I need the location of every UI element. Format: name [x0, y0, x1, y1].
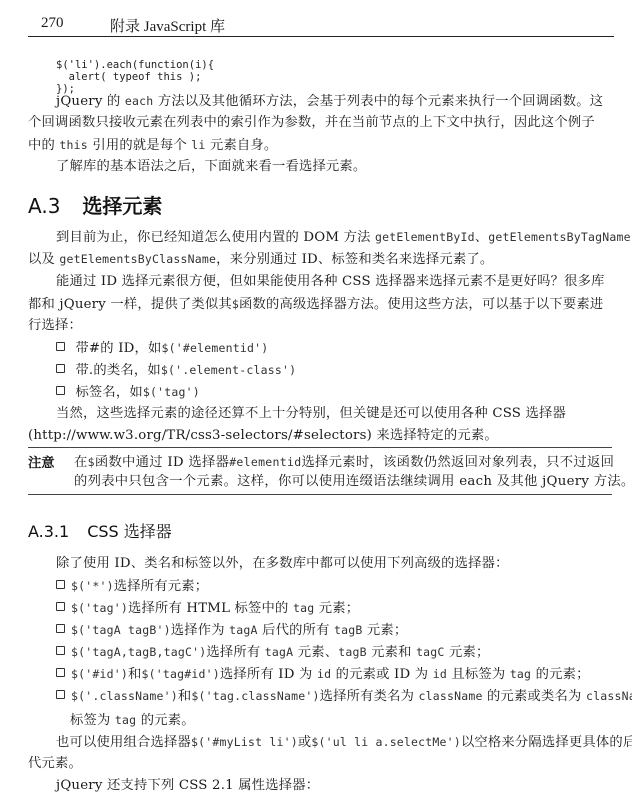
- inline-code: $('tag'): [143, 385, 200, 399]
- inline-code: $('tag#id'): [142, 667, 220, 681]
- text: 选择所有类名为: [320, 689, 419, 704]
- text: jQuery 的: [56, 94, 125, 109]
- list-item: 带#的 ID，如$('#elementid'): [56, 337, 268, 360]
- text: 在: [74, 455, 88, 470]
- chapter-title: 附录 JavaScript 库: [110, 15, 225, 36]
- text: 的元素；: [531, 667, 589, 682]
- text: 、: [475, 230, 489, 245]
- text: 元素；: [363, 623, 408, 638]
- paragraph-line: 除了使用 ID、类名和标签以外，在多数库中都可以使用下列高级的选择器：: [56, 553, 509, 575]
- running-head: 270 附录 JavaScript 库: [28, 12, 614, 37]
- paragraph-line: jQuery 的 each 方法以及其他循环方法，会基于列表中的每个元素来执行一…: [56, 90, 603, 113]
- inline-code: $('tagA tagB'): [71, 623, 171, 637]
- text: 元素；: [314, 601, 359, 616]
- text: 和: [178, 689, 192, 704]
- text: 选择所有 ID 为: [220, 667, 317, 682]
- text: 方法以及其他循环方法，会基于列表中的每个元素来执行一个回调函数。这: [153, 94, 603, 109]
- text: 的元素。: [136, 713, 194, 728]
- text: 也可以使用组合选择器: [56, 735, 191, 750]
- paragraph-line: 行选择：: [28, 315, 82, 337]
- inline-code: tagB: [334, 623, 363, 637]
- list-item: $('tagA,tagB,tagC')选择所有 tagA 元素、tagB 元素和…: [56, 641, 489, 664]
- inline-code: each: [125, 94, 154, 108]
- page-number: 270: [41, 15, 64, 32]
- text: 和: [128, 667, 142, 682]
- section-title: 选择元素: [82, 194, 162, 218]
- list-item: $('#id')和$('tag#id')选择所有 ID 为 id 的元素或 ID…: [56, 663, 590, 686]
- inline-code: $('ul li a.selectMe'): [311, 735, 461, 749]
- section-heading-a31: A.3.1CSS 选择器: [28, 519, 172, 542]
- list-item-continuation: 标签为 tag 的元素。: [70, 709, 195, 732]
- inline-code: $: [88, 455, 95, 469]
- text: 的元素或 ID 为: [331, 667, 433, 682]
- inline-code: $: [232, 297, 239, 311]
- inline-code: $('*'): [71, 579, 114, 593]
- list-item: $('*')选择所有元素；: [56, 575, 208, 598]
- text: 函数中通过 ID 选择器: [95, 455, 229, 470]
- inline-code: $('tag.className'): [191, 689, 319, 703]
- paragraph-line: jQuery 还支持下列 CSS 2.1 属性选择器：: [56, 775, 319, 794]
- text: 选择所有 HTML 标签中的: [128, 601, 293, 616]
- list-item: 带.的类名，如$('.element-class'): [56, 359, 296, 382]
- list-item: $('tagA tagB')选择作为 tagA 后代的所有 tagB 元素；: [56, 619, 407, 642]
- inline-code: li: [191, 138, 205, 152]
- paragraph-line: 中的 this 引用的就是每个 li 元素自身。: [28, 134, 277, 157]
- section-number: A.3.1: [28, 522, 69, 541]
- inline-code: getElementsByTagName: [488, 230, 630, 244]
- inline-code: $('#myList li'): [191, 735, 298, 749]
- inline-code: tagB: [338, 645, 367, 659]
- text: 带#的 ID，如: [75, 341, 161, 356]
- section-number: A.3: [28, 194, 60, 218]
- inline-code: tagA: [229, 623, 258, 637]
- text: 以空格来分隔选择更具体的后: [461, 735, 632, 750]
- inline-code: $('tagA,tagB,tagC'): [71, 645, 206, 659]
- text: ，来分别通过 ID、标签和类名来选择元素了。: [216, 252, 493, 267]
- note-line: 在$函数中通过 ID 选择器#elementid选择元素时，该函数仍然返回对象列…: [74, 452, 614, 473]
- inline-code: id: [317, 667, 331, 681]
- paragraph-line: 个回调函数只接收元素在列表中的索引作为参数，并在当前节点的上下文中执行，因此这个…: [28, 112, 595, 134]
- inline-code: getElementById: [375, 230, 475, 244]
- list-item: 标签名，如$('tag'): [56, 381, 200, 404]
- text: 或: [298, 735, 312, 750]
- text: 选择所有元素；: [114, 579, 208, 594]
- paragraph-line: (http://www.w3.org/TR/css3-selectors/#se…: [28, 425, 498, 447]
- paragraph-line: 代元素。: [28, 753, 82, 775]
- text: 都和 jQuery 一样，提供了类似其: [28, 297, 232, 312]
- text: 且标签为: [447, 667, 510, 682]
- text: 中的: [28, 138, 59, 153]
- paragraph-line: 都和 jQuery 一样，提供了类似其$函数的高级选择器方法。使用这些方法，可以…: [28, 293, 603, 316]
- inline-code: $('.element-class'): [161, 363, 296, 377]
- inline-code: #elementid: [229, 455, 301, 469]
- list-item: $('.className')和$('tag.className')选择所有类名…: [56, 685, 632, 708]
- inline-code: this: [59, 138, 88, 152]
- section-title: CSS 选择器: [87, 522, 172, 541]
- note-label: 注意: [28, 452, 55, 471]
- text: 元素自身。: [206, 138, 278, 153]
- inline-code: tag: [293, 601, 314, 615]
- inline-code: className: [419, 689, 483, 703]
- text: 函数的高级选择器方法。使用这些方法，可以基于以下要素进: [239, 297, 603, 312]
- book-page: 270 附录 JavaScript 库 $('li').each(functio…: [0, 0, 632, 794]
- text: 到目前为止，你已经知道怎么使用内置的 DOM 方法: [56, 230, 375, 245]
- paragraph-line: 当然，这些选择元素的途径还算不上十分特别，但关键是还可以使用各种 CSS 选择器: [56, 403, 566, 425]
- text: 选择元素时，该函数仍然返回对象列表，只不过返回: [301, 455, 614, 470]
- text: 以及: [28, 252, 59, 267]
- note-box: 注意 在$函数中通过 ID 选择器#elementid选择元素时，该函数仍然返回…: [28, 447, 612, 495]
- text: 标签名，如: [75, 385, 142, 400]
- paragraph-line: 也可以使用组合选择器$('#myList li')或$('ul li a.sel…: [56, 731, 632, 754]
- text: 后代的所有: [258, 623, 334, 638]
- paragraph-line: 了解库的基本语法之后，下面就来看一看选择元素。: [56, 156, 366, 178]
- section-heading-a3: A.3选择元素: [28, 190, 162, 219]
- inline-code: tagA: [265, 645, 294, 659]
- text: 标签为: [70, 713, 115, 728]
- inline-code: tagC: [416, 645, 445, 659]
- text: 的元素或类名为: [483, 689, 586, 704]
- paragraph-line: 以及 getElementsByClassName，来分别通过 ID、标签和类名…: [28, 248, 493, 271]
- text: 选择所有: [206, 645, 264, 660]
- inline-code: $('tag'): [71, 601, 128, 615]
- inline-code: tag: [510, 667, 531, 681]
- list-item: $('tag')选择所有 HTML 标签中的 tag 元素；: [56, 597, 359, 620]
- text: 选择作为: [171, 623, 229, 638]
- inline-code: $('#id'): [71, 667, 128, 681]
- inline-code: $('.className'): [71, 689, 178, 703]
- inline-code: className: [586, 689, 632, 703]
- inline-code: id: [433, 667, 447, 681]
- note-line: 的列表中只包含一个元素。这样，你可以使用连缀语法继续调用 each 及其他 jQ…: [74, 472, 632, 492]
- text: 元素、: [293, 645, 338, 660]
- paragraph-line: 能通过 ID 选择元素很方便，但如果能使用各种 CSS 选择器来选择元素不是更好…: [56, 271, 605, 293]
- inline-code: getElementsByClassName: [59, 252, 216, 266]
- inline-code: $('#elementid'): [162, 341, 269, 355]
- text: 元素和: [367, 645, 416, 660]
- text: 元素；: [445, 645, 490, 660]
- paragraph-line: 到目前为止，你已经知道怎么使用内置的 DOM 方法 getElementById…: [56, 226, 631, 249]
- text: 带.的类名，如: [75, 363, 160, 378]
- text: 引用的就是每个: [88, 138, 191, 153]
- inline-code: tag: [115, 713, 136, 727]
